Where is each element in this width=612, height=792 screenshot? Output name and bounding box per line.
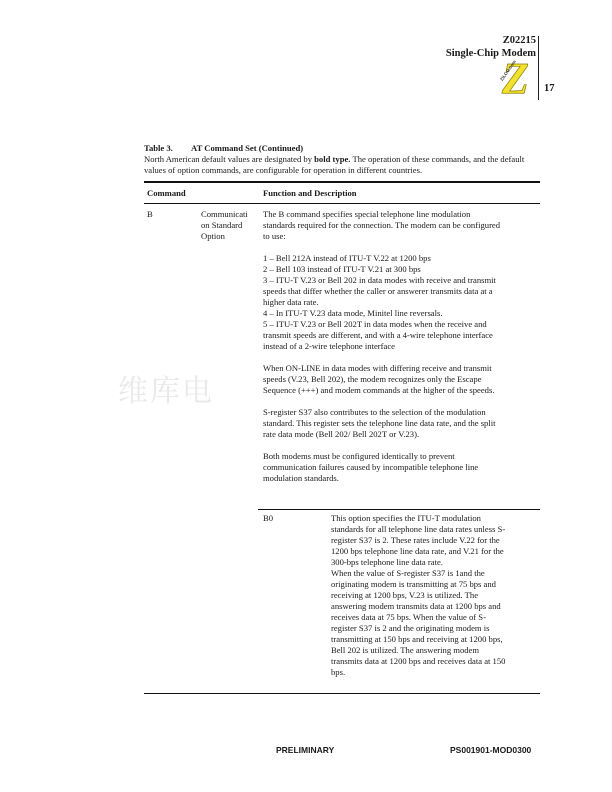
description-line: transmit speeds are different, and with … xyxy=(263,330,543,341)
description-line: to use: xyxy=(263,231,543,242)
description-line: standard. This register sets the telepho… xyxy=(263,418,543,429)
table-top-rule xyxy=(144,181,540,183)
table-note: North American default values are design… xyxy=(144,154,544,176)
description-line: rate data mode (Bell 202/ Bell 202T or V… xyxy=(263,429,543,440)
description-line: 2 – Bell 103 instead of ITU-T V.21 at 30… xyxy=(263,264,543,275)
command-b: B xyxy=(147,209,153,220)
document-id: Z02215 xyxy=(446,34,536,47)
description-line: communication failures caused by incompa… xyxy=(263,462,543,473)
footer-doc-code: PS001901-MOD0300 xyxy=(450,745,531,755)
table-number: Table 3. xyxy=(144,143,191,154)
function-line: on Standard xyxy=(201,220,261,231)
subrow-top-rule xyxy=(258,509,540,510)
description-line: standards for all telephone line data ra… xyxy=(331,524,546,535)
description-paragraph: When ON-LINE in data modes with differin… xyxy=(263,363,543,396)
description-paragraph: Both modems must be configured identical… xyxy=(263,451,543,484)
description-b: The B command specifies special telephon… xyxy=(263,209,543,484)
table-title: Table 3.AT Command Set (Continued) xyxy=(144,143,544,154)
description-line: transmits data at 1200 bps and receives … xyxy=(331,656,546,667)
note-prefix: North American default values are design… xyxy=(144,154,314,164)
description-line: 4 – In ITU-T V.23 data mode, Minitel lin… xyxy=(263,308,543,319)
description-line: This option specifies the ITU-T modulati… xyxy=(331,513,546,524)
description-line: When the value of S-register S37 is 1and… xyxy=(331,568,546,579)
description-line: bps. xyxy=(331,667,546,678)
description-line: When ON-LINE in data modes with differin… xyxy=(263,363,543,374)
description-line: The B command specifies special telephon… xyxy=(263,209,543,220)
description-line: speeds (V.23, Bell 202), the modem recog… xyxy=(263,374,543,385)
note-bold: bold type. xyxy=(314,154,350,164)
description-paragraph: The B command specifies special telephon… xyxy=(263,209,543,242)
description-line: 300-bps telephone line data rate. xyxy=(331,557,546,568)
function-line: Option xyxy=(201,231,261,242)
description-line: Bell 202 is utilized. The answering mode… xyxy=(331,645,546,656)
description-line: speeds that differ whether the caller or… xyxy=(263,286,543,297)
option-b0: B0 xyxy=(263,513,273,524)
footer-status: PRELIMINARY xyxy=(276,745,334,755)
description-line: 5 – ITU-T V.23 or Bell 202T in data mode… xyxy=(263,319,543,330)
description-line: standards required for the connection. T… xyxy=(263,220,543,231)
description-line: S-register S37 also contributes to the s… xyxy=(263,407,543,418)
description-line: answering modem transmits data at 1200 b… xyxy=(331,601,546,612)
description-line: transmitting at 150 bps and receiving at… xyxy=(331,634,546,645)
description-line: Sequence (+++) and modem commands at the… xyxy=(263,385,543,396)
description-line: 1 – Bell 212A instead of ITU-T V.22 at 1… xyxy=(263,253,543,264)
zilog-logo: Z ZiLOG.com xyxy=(500,63,536,97)
description-b0: This option specifies the ITU-T modulati… xyxy=(331,513,546,678)
function-line: Communicati xyxy=(201,209,261,220)
header-bottom-rule xyxy=(144,203,540,204)
function-b: Communicati on Standard Option xyxy=(201,209,261,242)
header-divider xyxy=(538,36,539,100)
header-function: Function and Description xyxy=(263,188,357,198)
description-line: 3 – ITU-T V.23 or Bell 202 in data modes… xyxy=(263,275,543,286)
description-paragraph: S-register S37 also contributes to the s… xyxy=(263,407,543,440)
description-line: receiving at 1200 bps, V.23 is utilized.… xyxy=(331,590,546,601)
description-line: register S37 is 2 and the originating mo… xyxy=(331,623,546,634)
description-line: instead of a 2-wire telephone interface xyxy=(263,341,543,352)
table-title-text: AT Command Set (Continued) xyxy=(191,143,303,153)
description-line: modulation standards. xyxy=(263,473,543,484)
description-paragraph: 1 – Bell 212A instead of ITU-T V.22 at 1… xyxy=(263,253,543,352)
table-caption: Table 3.AT Command Set (Continued) North… xyxy=(144,143,544,176)
description-line: register S37 is 2. These rates include V… xyxy=(331,535,546,546)
description-line: Both modems must be configured identical… xyxy=(263,451,543,462)
table-bottom-rule xyxy=(144,693,540,694)
description-line: receives data at 75 bps. When the value … xyxy=(331,612,546,623)
description-line: originating modem is transmitting at 75 … xyxy=(331,579,546,590)
description-line: 1200 bps telephone line data rate, and V… xyxy=(331,546,546,557)
watermark: 维库电 xyxy=(118,366,214,410)
description-line: higher data rate. xyxy=(263,297,543,308)
header-command: Command xyxy=(147,188,186,198)
page-number: 17 xyxy=(544,83,555,94)
